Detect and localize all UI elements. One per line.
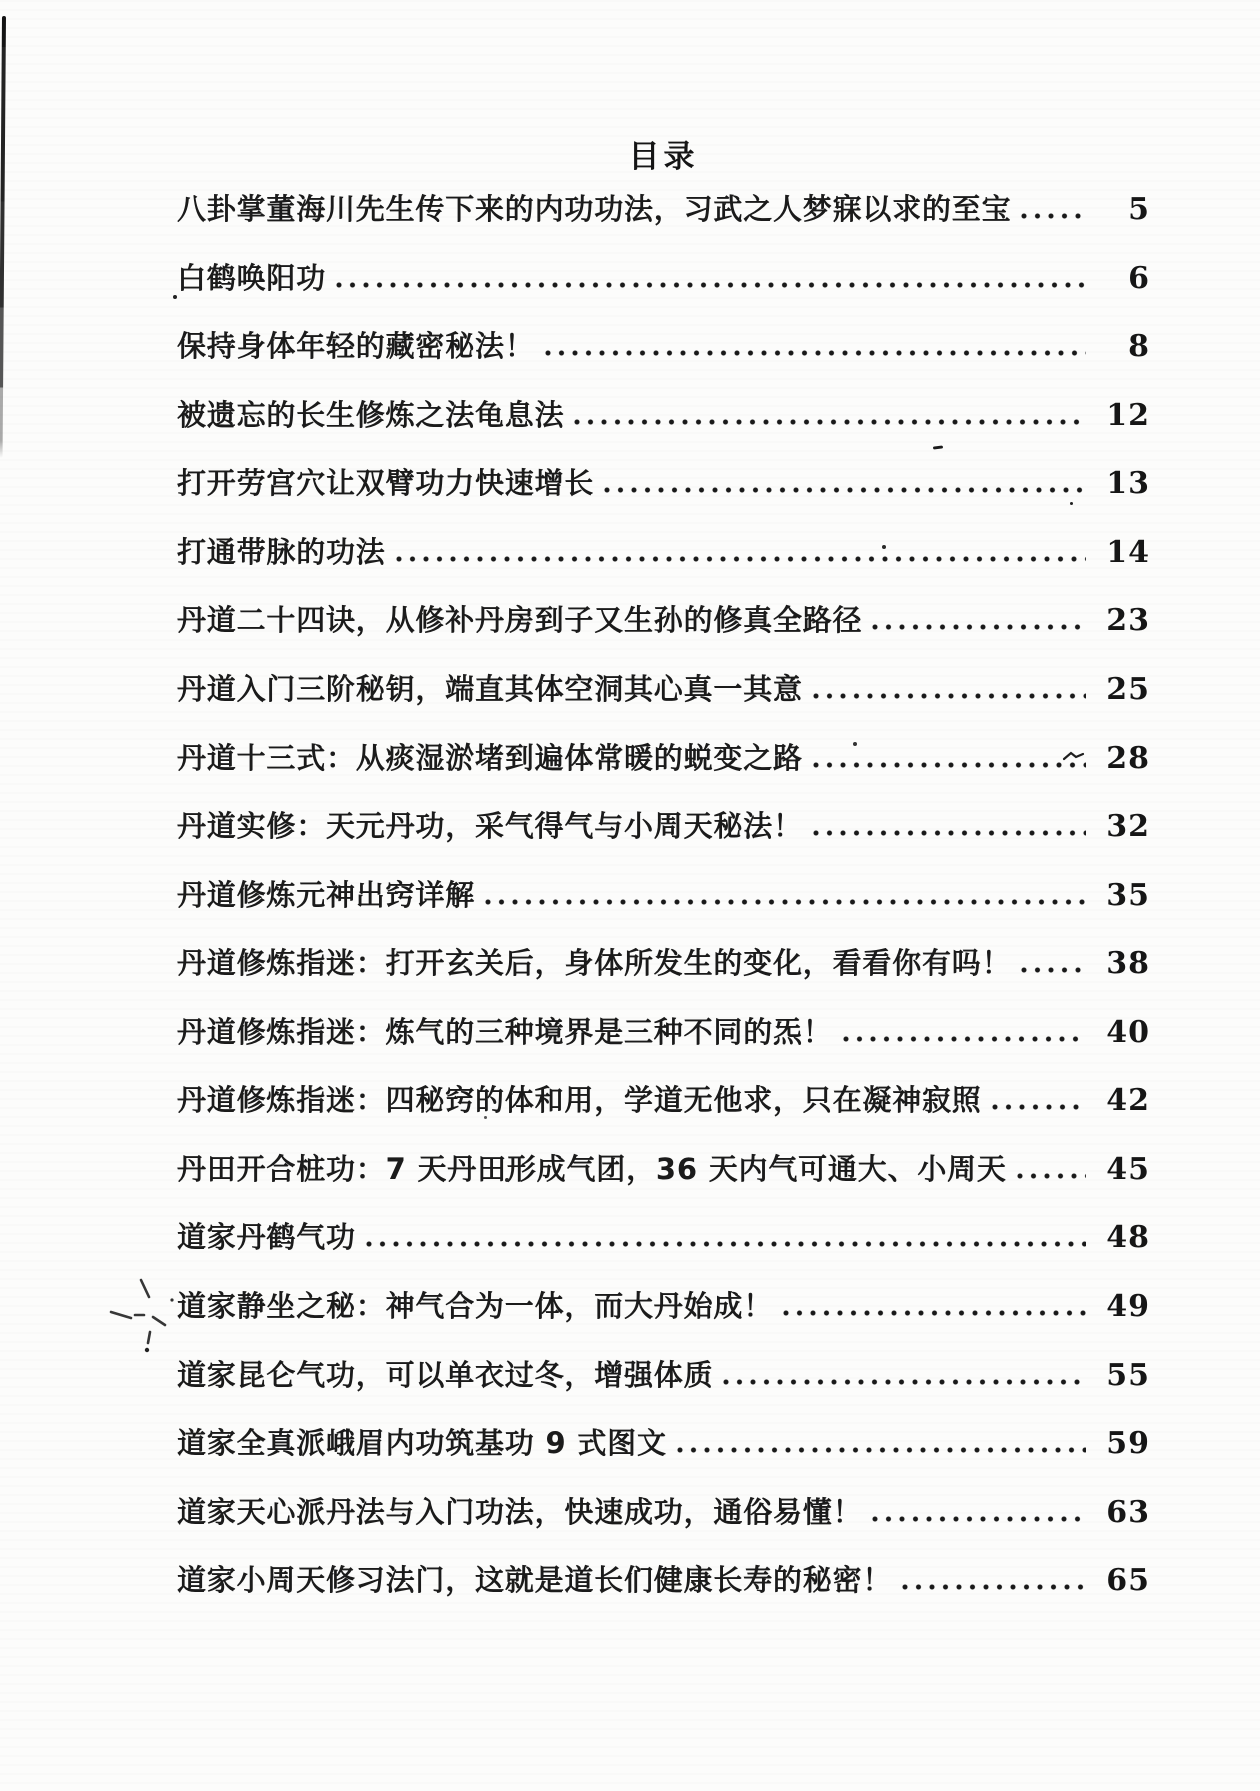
toc-entry-title: 丹田开合桩功：7 天丹田形成气团，36 天内气可通大、小周天 — [177, 1135, 1007, 1204]
toc-entry-page-number: 55 — [1102, 1358, 1150, 1393]
scan-speckle — [505, 1178, 509, 1182]
toc-entry-title: 道家天心派丹法与入门功法，快速成功，通俗易懂！ — [177, 1478, 862, 1547]
toc-entry-page-number: 5 — [1102, 192, 1150, 227]
toc-entry-title: 道家昆仑气功，可以单衣过冬，增强体质 — [177, 1341, 713, 1410]
toc-entry-page-number: 42 — [1102, 1083, 1150, 1118]
toc-entry-title: 八卦掌董海川先生传下来的内功功法，习武之人梦寐以求的至宝 — [177, 175, 1011, 244]
toc-entry-title: 保持身体年轻的藏密秘法！ — [177, 312, 535, 381]
dot-leader — [545, 350, 1086, 356]
handwritten-scribble-artifact — [101, 1270, 185, 1360]
toc-entry: 丹道十三式：从痰湿淤堵到遍体常暖的蜕变之路 28 — [177, 724, 1150, 793]
toc-entry: 被遗忘的长生修炼之法龟息法 12 — [177, 381, 1150, 450]
toc-entry: 道家静坐之秘：神气合为一体，而大丹始成！ 49 — [177, 1272, 1150, 1341]
toc-entry-title: 打开劳宫穴让双臂功力快速增长 — [177, 449, 594, 518]
toc-entry: 丹道二十四诀，从修补丹房到子又生孙的修真全路径 23 — [177, 586, 1150, 655]
dot-leader — [366, 1241, 1086, 1247]
dot-leader — [872, 1516, 1086, 1522]
dot-leader — [1021, 213, 1086, 219]
toc-entry-title: 丹道十三式：从痰湿淤堵到遍体常暖的蜕变之路 — [177, 724, 803, 793]
toc-entry-page-number: 23 — [1102, 603, 1150, 638]
scan-speckle — [1070, 502, 1073, 505]
toc-entry-title: 打通带脉的功法 — [177, 518, 386, 587]
toc-entry-page-number: 8 — [1102, 329, 1150, 364]
toc-entry: 白鹤唤阳功 6 — [177, 244, 1150, 313]
toc-entry: 打通带脉的功法 14 — [177, 518, 1150, 587]
dot-leader — [677, 1447, 1086, 1453]
dot-leader — [843, 1036, 1086, 1042]
toc-entry-title: 丹道入门三阶秘钥，端直其体空洞其心真一其意 — [177, 655, 803, 724]
toc-entry-page-number: 38 — [1102, 946, 1150, 981]
scan-speckle — [173, 295, 177, 299]
toc-entry-title: 丹道实修：天元丹功，采气得气与小周天秘法！ — [177, 792, 803, 861]
toc-entry-page-number: 59 — [1102, 1426, 1150, 1461]
toc-entry-page-number: 12 — [1102, 398, 1150, 433]
toc-entry: 丹道修炼指迷：四秘窍的体和用，学道无他求，只在凝神寂照 42 — [177, 1066, 1150, 1135]
toc-entry: 丹道修炼元神出窍详解 35 — [177, 861, 1150, 930]
toc-entry-page-number: 65 — [1102, 1563, 1150, 1598]
toc-entry: 八卦掌董海川先生传下来的内功功法，习武之人梦寐以求的至宝 5 — [177, 175, 1150, 244]
dot-leader — [872, 624, 1086, 630]
toc-entry-title: 道家静坐之秘：神气合为一体，而大丹始成！ — [177, 1272, 773, 1341]
toc-entry: 打开劳宫穴让双臂功力快速增长 13 — [177, 449, 1150, 518]
toc-entry-title: 丹道修炼指迷：打开玄关后，身体所发生的变化，看看你有吗！ — [177, 929, 1011, 998]
scan-squiggle-artifact — [1062, 750, 1088, 762]
dot-leader — [902, 1584, 1086, 1590]
toc-entry: 丹道修炼指迷：炼气的三种境界是三种不同的炁！ 40 — [177, 998, 1150, 1067]
dot-leader — [813, 693, 1086, 699]
toc-entry: 丹田开合桩功：7 天丹田形成气团，36 天内气可通大、小周天 45 — [177, 1135, 1150, 1204]
toc-entry-title: 丹道修炼指迷：四秘窍的体和用，学道无他求，只在凝神寂照 — [177, 1066, 982, 1135]
scan-edge-line-artifact — [0, 16, 6, 458]
toc-entry-title: 道家全真派峨眉内功筑基功 9 式图文 — [177, 1409, 667, 1478]
toc-entry-page-number: 14 — [1102, 535, 1150, 570]
toc-entry-page-number: 48 — [1102, 1220, 1150, 1255]
toc-entry: 丹道修炼指迷：打开玄关后，身体所发生的变化，看看你有吗！ 38 — [177, 929, 1150, 998]
toc-entry-title: 丹道二十四诀，从修补丹房到子又生孙的修真全路径 — [177, 586, 862, 655]
toc-entry-page-number: 40 — [1102, 1015, 1150, 1050]
dot-leader — [813, 830, 1086, 836]
dot-leader — [813, 762, 1086, 768]
dot-leader — [396, 556, 1086, 562]
dot-leader — [1017, 1173, 1086, 1179]
dot-leader — [574, 419, 1086, 425]
toc-entry: 道家天心派丹法与入门功法，快速成功，通俗易懂！ 63 — [177, 1478, 1150, 1547]
toc-entry-page-number: 35 — [1102, 878, 1150, 913]
dot-leader — [1021, 967, 1086, 973]
toc-entry-title: 丹道修炼元神出窍详解 — [177, 861, 475, 930]
toc-entry-title: 被遗忘的长生修炼之法龟息法 — [177, 381, 564, 450]
toc-entry-title: 道家小周天修习法门，这就是道长们健康长寿的秘密！ — [177, 1546, 892, 1615]
dot-leader — [336, 282, 1086, 288]
scan-speckle — [882, 545, 886, 549]
toc-list: 八卦掌董海川先生传下来的内功功法，习武之人梦寐以求的至宝 5 白鹤唤阳功 6 保… — [177, 175, 1150, 1615]
toc-entry: 道家全真派峨眉内功筑基功 9 式图文 59 — [177, 1409, 1150, 1478]
toc-entry-page-number: 32 — [1102, 809, 1150, 844]
toc-entry: 丹道实修：天元丹功，采气得气与小周天秘法！ 32 — [177, 792, 1150, 861]
toc-entry-page-number: 13 — [1102, 466, 1150, 501]
dot-leader — [992, 1104, 1086, 1110]
dot-leader — [485, 899, 1086, 905]
toc-entry: 道家小周天修习法门，这就是道长们健康长寿的秘密！ 65 — [177, 1546, 1150, 1615]
toc-entry-title: 丹道修炼指迷：炼气的三种境界是三种不同的炁！ — [177, 998, 833, 1067]
toc-entry-page-number: 63 — [1102, 1495, 1150, 1530]
toc-entry-title: 白鹤唤阳功 — [177, 244, 326, 313]
dot-leader — [723, 1379, 1086, 1385]
page-title: 目录 — [177, 139, 1150, 175]
toc-entry-title: 道家丹鹤气功 — [177, 1203, 356, 1272]
toc-entry: 保持身体年轻的藏密秘法！ 8 — [177, 312, 1150, 381]
toc-entry: 道家昆仑气功，可以单衣过冬，增强体质 55 — [177, 1341, 1150, 1410]
toc-entry: 道家丹鹤气功 48 — [177, 1203, 1150, 1272]
toc-entry-page-number: 6 — [1102, 261, 1150, 296]
toc-entry-page-number: 49 — [1102, 1289, 1150, 1324]
toc-entry-page-number: 28 — [1102, 741, 1150, 776]
toc-entry: 丹道入门三阶秘钥，端直其体空洞其心真一其意 25 — [177, 655, 1150, 724]
scan-speckle — [853, 742, 857, 746]
toc-entry-page-number: 45 — [1102, 1152, 1150, 1187]
dot-leader — [604, 487, 1086, 493]
scan-speckle — [484, 1116, 487, 1119]
dot-leader — [783, 1310, 1086, 1316]
scanned-toc-page: 目录 八卦掌董海川先生传下来的内功功法，习武之人梦寐以求的至宝 5 白鹤唤阳功 … — [0, 0, 1260, 1791]
toc-entry-page-number: 25 — [1102, 672, 1150, 707]
